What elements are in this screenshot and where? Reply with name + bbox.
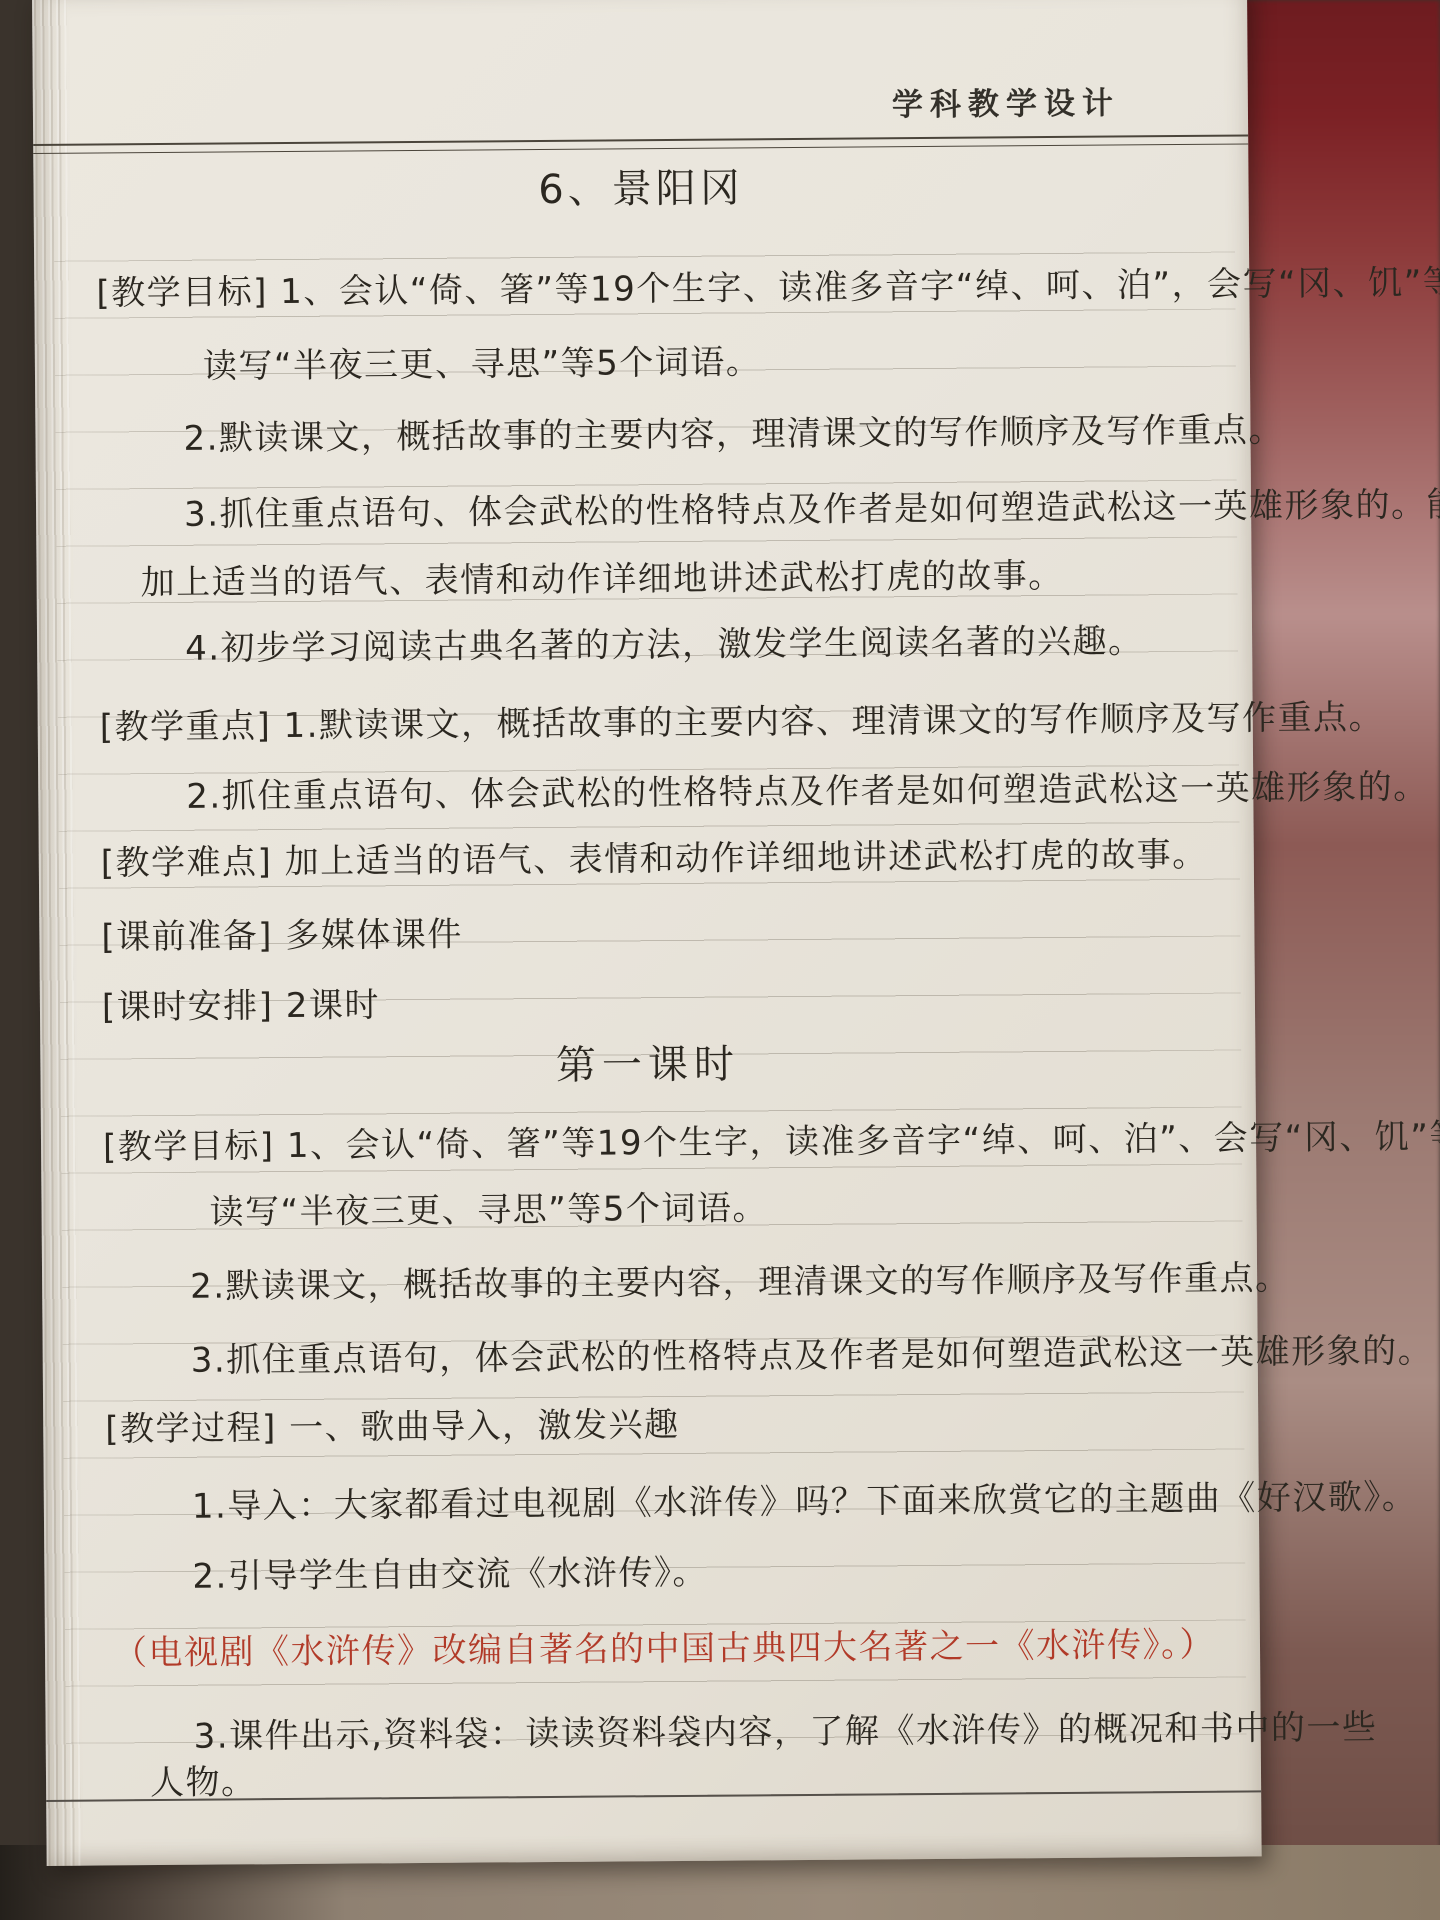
text-line: [教学过程] 一、歌曲导入，激发兴趣 [105, 1397, 680, 1451]
header-double-rule [33, 134, 1248, 154]
text-line: [教学重点] 1.默读课文，概括故事的主要内容、理清课文的写作顺序及写作重点。 [100, 689, 1385, 748]
text-line: 加上适当的语气、表情和动作详细地讲述武松打虎的故事。 [140, 548, 1063, 604]
text-line: [课前准备] 多媒体课件 [101, 907, 463, 959]
text-line: 2.抓住重点语句、体会武松的性格特点及作者是如何塑造武松这一英雄形象的。 [186, 759, 1429, 818]
photo-of-notebook: { "document": { "printed_header": "学科教学设… [0, 0, 1440, 1920]
text-line: 人物。 [150, 1754, 257, 1804]
session-title: 第一课时 [40, 1028, 1255, 1095]
text-line: 2.引导学生自由交流《水浒传》。 [192, 1545, 708, 1598]
text-line: 读写“半夜三更、寻思”等5个词语。 [209, 1180, 768, 1233]
printed-header-label: 学科教学设计 [892, 77, 1120, 124]
text-line: 3.抓住重点语句、体会武松的性格特点及作者是如何塑造武松这一英雄形象的。能 [184, 477, 1440, 536]
text-line: 2.默读课文，概括故事的主要内容，理清课文的写作顺序及写作重点。 [190, 1250, 1291, 1308]
text-line: 3.课件出示,资料袋：读读资料袋内容，了解《水浒传》的概况和书中的一些 [193, 1699, 1377, 1757]
text-line: 3.抓住重点语句，体会武松的性格特点及作者是如何塑造武松这一英雄形象的。 [191, 1323, 1434, 1382]
text-line: 读写“半夜三更、寻思”等5个词语。 [203, 334, 762, 387]
text-line: 1.导入：大家都看过电视剧《水浒传》吗？下面来欣赏它的主题曲《好汉歌》。 [192, 1469, 1418, 1528]
text-line: 2.默读课文，概括故事的主要内容，理清课文的写作顺序及写作重点。 [183, 402, 1284, 460]
notebook-page: 学科教学设计 6、景阳冈 [教学目标] 1、会认“倚、箸”等19个生字、读准多音… [32, 0, 1262, 1866]
text-line: 4.初步学习阅读古典名著的方法，激发学生阅读名著的兴趣。 [185, 613, 1144, 670]
red-annotation-line: （电视剧《水浒传》改编自著名的中国古典四大名著之一《水浒传》。） [113, 1617, 1215, 1675]
text-line: [课时安排] 2课时 [102, 977, 380, 1028]
text-line: [教学难点] 加上适当的语气、表情和动作详细地讲述武松打虎的故事。 [101, 827, 1208, 885]
page-title: 6、景阳冈 [33, 152, 1248, 219]
